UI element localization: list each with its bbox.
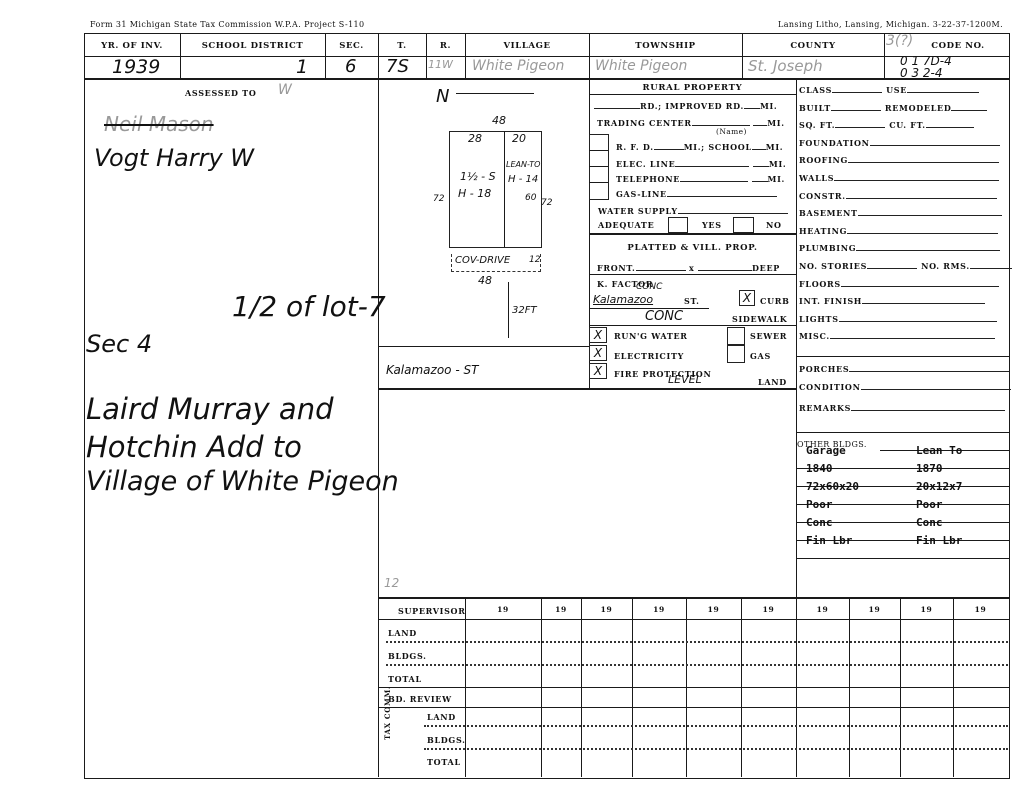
condition-label: CONDITION: [799, 382, 861, 392]
sketch-drive-label: COV-DRIVE: [455, 255, 510, 266]
header-year-label: YR. OF INV.: [84, 41, 180, 51]
building-field-plumbing[interactable]: PLUMBING: [799, 242, 1000, 253]
sec-description[interactable]: Sec 4: [86, 330, 152, 358]
street-name-value[interactable]: Kalamazoo: [593, 293, 653, 306]
tax-total-label: TOTAL: [427, 757, 461, 767]
supervisor-label: SUPERVISOR: [398, 606, 466, 616]
tax-bldgs-label: BLDGS.: [427, 735, 466, 745]
other-bldg-1-value[interactable]: Fin Lbr: [806, 534, 852, 547]
building-field-basement[interactable]: BASEMENT: [799, 207, 1002, 218]
header-township-label: TOWNSHIP: [589, 41, 742, 51]
legal-line-3[interactable]: Village of White Pigeon: [86, 466, 399, 497]
rfd-label: R. F. D.: [616, 142, 654, 152]
year-column-header: 19: [541, 605, 581, 614]
sketch-left-width: 28: [468, 132, 482, 145]
corner-note: 12: [384, 576, 399, 590]
sketch-setback: 32FT: [512, 305, 537, 316]
total-label: TOTAL: [388, 674, 422, 684]
sketch-right-label-2: H - 14: [508, 174, 538, 185]
building-field-constr[interactable]: CONSTR.: [799, 190, 997, 201]
county-value[interactable]: St. Joseph: [748, 57, 823, 75]
school-district-value[interactable]: 1: [296, 56, 308, 78]
rural-checkbox-column[interactable]: [589, 134, 609, 200]
sketch-left-depth: 72: [433, 194, 444, 204]
name-note: (Name): [716, 127, 747, 136]
header-village-label: VILLAGE: [465, 41, 589, 51]
bd-review-label: BD. REVIEW: [388, 694, 452, 704]
year-column-header: 19: [741, 605, 796, 614]
township-value[interactable]: White Pigeon: [595, 58, 687, 74]
adequate-yes-checkbox[interactable]: [668, 217, 688, 233]
lot-description[interactable]: 1/2 of lot-7: [232, 290, 386, 323]
crossed-out-owner: Neil Mason: [104, 112, 214, 136]
year-column-header: 19: [796, 605, 849, 614]
building-field-int-finish[interactable]: INT. FINISH: [799, 295, 985, 306]
curb-checkbox[interactable]: X: [739, 290, 755, 306]
year-column-header: 19: [849, 605, 900, 614]
tax-comm-label: TAX COMM.: [383, 700, 392, 740]
sketch-right-width: 20: [512, 132, 526, 145]
building-field-heating[interactable]: HEATING: [799, 225, 998, 236]
bldgs-label: BLDGS.: [388, 651, 427, 661]
header-t-label: T.: [378, 41, 426, 51]
year-value[interactable]: 1939: [112, 56, 160, 78]
owner-name[interactable]: Vogt Harry W: [94, 144, 254, 172]
sketch-right-label-1: LEAN-TO: [506, 160, 540, 169]
telephone-label: TELEPHONE: [616, 174, 680, 184]
t-value[interactable]: 7S: [386, 56, 409, 77]
trading-center-label: TRADING CENTER: [597, 118, 692, 128]
platted-title: PLATTED & VILL. PROP.: [589, 243, 796, 253]
header-county-label: COUNTY: [742, 41, 884, 51]
running-water-checkbox[interactable]: X: [589, 327, 607, 343]
header-code-no-label: CODE NO.: [908, 41, 1008, 51]
sketch-left-label-1: 1½ - S: [460, 170, 496, 183]
other-bldg-1-value[interactable]: 1840: [806, 462, 833, 475]
r-value[interactable]: 11W: [428, 58, 453, 71]
other-bldg-2-value[interactable]: Fin Lbr: [916, 534, 962, 547]
gas-line-label: GAS-LINE: [616, 189, 667, 199]
porches-label: PORCHES: [799, 364, 849, 374]
sketch-street: Kalamazoo - ST: [386, 363, 478, 377]
sketch-drive-depth: 12: [529, 255, 540, 265]
adequate-no-checkbox[interactable]: [733, 217, 754, 233]
remarks-label: REMARKS: [799, 403, 851, 413]
code-no-value-2[interactable]: 0 3 2-4: [900, 66, 943, 80]
building-field-no-stories[interactable]: NO. STORIESNO. RMS.: [799, 260, 1012, 271]
other-bldg-1-value[interactable]: 72x60x20: [806, 480, 859, 493]
building-field-built[interactable]: BUILTREMODELED: [799, 102, 987, 113]
building-field-sq-ft[interactable]: SQ. FT.CU. FT.: [799, 119, 974, 130]
elec-line-label: ELEC. LINE: [616, 159, 675, 169]
legal-line-2[interactable]: Hotchin Add to: [86, 430, 302, 464]
land-value[interactable]: LEVEL: [668, 373, 702, 386]
water-supply-label: WATER SUPPLY: [598, 206, 678, 216]
other-bldg-1-value[interactable]: Conc: [806, 516, 833, 529]
form-number-caption: Form 31 Michigan State Tax Commission W.…: [90, 20, 365, 29]
printer-caption: Lansing Litho, Lansing, Michigan. 3-22-3…: [778, 20, 1003, 29]
rural-property-title: RURAL PROPERTY: [589, 83, 796, 93]
building-field-walls[interactable]: WALLS: [799, 172, 999, 183]
other-bldg-1-value[interactable]: Garage: [806, 444, 846, 457]
sewer-checkbox[interactable]: [727, 327, 745, 345]
sketch-overall-width: 48: [492, 114, 506, 127]
sketch-left-label-2: H - 18: [458, 187, 491, 200]
code-annotation: 3(?): [886, 33, 913, 49]
assessed-to-label: ASSESSED TO: [185, 88, 257, 98]
tax-land-label: LAND: [427, 712, 456, 722]
other-bldg-1-value[interactable]: Poor: [806, 498, 833, 511]
other-bldg-2-value[interactable]: 20x12x7: [916, 480, 962, 493]
header-r-label: R.: [426, 41, 465, 51]
building-field-lights[interactable]: LIGHTS: [799, 313, 997, 324]
year-column-header: 19: [465, 605, 541, 614]
legal-line-1[interactable]: Laird Murray and: [86, 392, 334, 426]
building-field-roofing[interactable]: ROOFING: [799, 154, 999, 165]
improved-rd-label: RD.; IMPROVED RD.: [640, 101, 744, 111]
sec-value[interactable]: 6: [345, 56, 356, 77]
village-value[interactable]: White Pigeon: [472, 58, 564, 74]
other-bldg-2-value[interactable]: Conc: [916, 516, 943, 529]
land-label: LAND: [388, 628, 417, 638]
building-field-misc[interactable]: MISC.: [799, 330, 995, 341]
adequate-label: ADEQUATE: [598, 220, 654, 230]
sketch-inner-depth: 60: [525, 193, 536, 203]
north-marker: N: [436, 86, 449, 107]
year-column-header: 19: [686, 605, 741, 614]
building-field-foundation[interactable]: FOUNDATION: [799, 137, 1000, 148]
other-bldg-2-value[interactable]: 1870: [916, 462, 943, 475]
year-column-header: 19: [953, 605, 1008, 614]
electricity-checkbox[interactable]: X: [589, 345, 607, 361]
year-column-header: 19: [581, 605, 632, 614]
gas-checkbox[interactable]: [727, 345, 745, 363]
year-column-header: 19: [632, 605, 686, 614]
building-field-floors[interactable]: FLOORS: [799, 278, 999, 289]
year-column-header: 19: [900, 605, 953, 614]
other-bldg-2-value[interactable]: Lean To: [916, 444, 962, 457]
front-label: FRONT.: [597, 263, 636, 273]
street-surface-value[interactable]: CONC: [636, 282, 662, 292]
assessed-annotation: W: [278, 82, 292, 98]
sketch-bottom-width: 48: [478, 274, 492, 287]
setback-arrow-icon: [508, 282, 509, 338]
building-field-class[interactable]: CLASSUSE: [799, 84, 979, 95]
other-bldg-2-value[interactable]: Poor: [916, 498, 943, 511]
sidewalk-value[interactable]: CONC: [645, 309, 683, 324]
fire-protection-checkbox[interactable]: X: [589, 363, 607, 379]
header-school-district-label: SCHOOL DISTRICT: [180, 41, 325, 51]
north-arrow-icon: [456, 93, 534, 94]
sketch-right-depth: 72: [541, 198, 552, 208]
header-sec-label: SEC.: [325, 41, 378, 51]
